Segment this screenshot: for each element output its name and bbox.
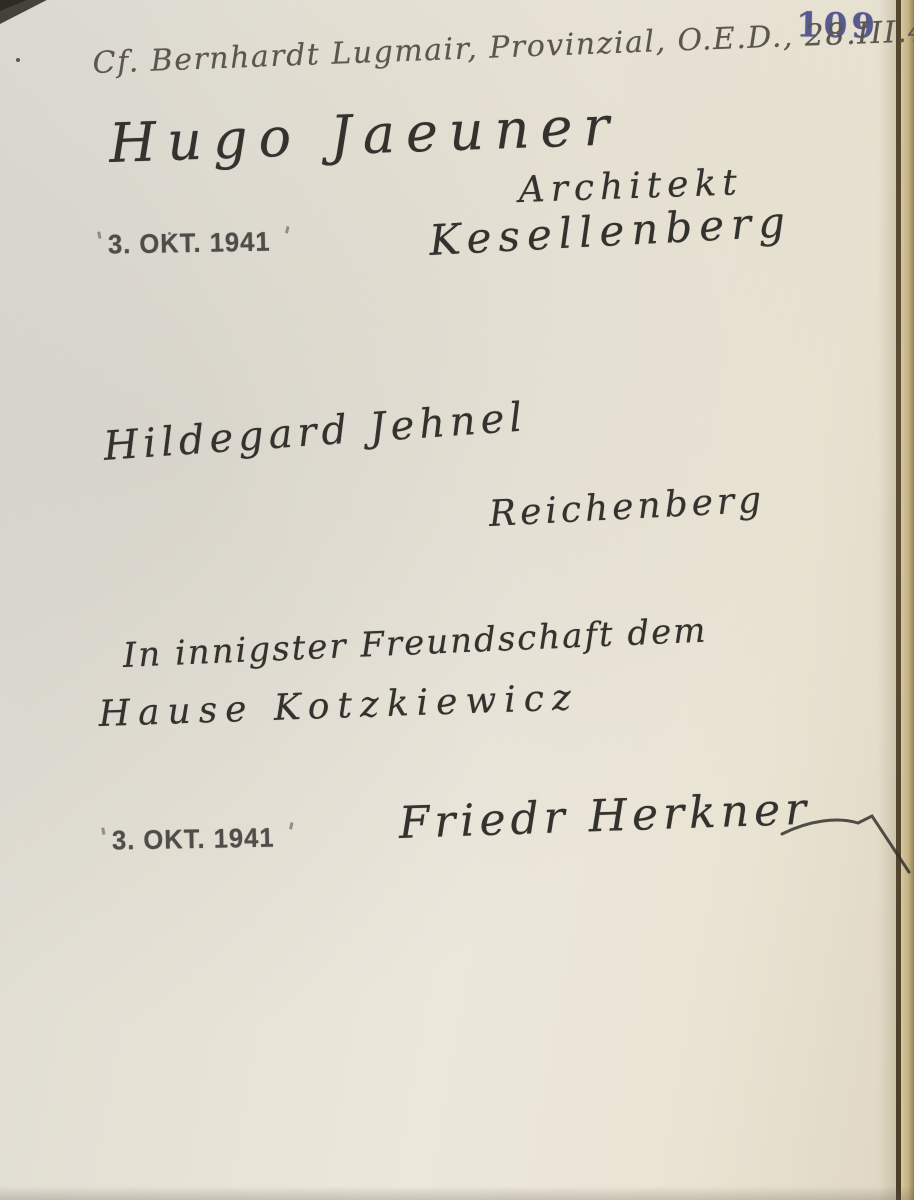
date-stamp-1: 3. OKT. 1941 [98,226,290,260]
date-stamp-2: 3. OKT. 1941 [102,822,294,856]
book-fore-edge [901,0,914,1200]
stamp-corner-mark [101,827,105,834]
date-stamp-1-text: 3. OKT. 1941 [108,227,271,261]
signature-flourish-stroke [782,808,912,886]
signature-entry2-name: Hildegard Jehnel [102,394,529,469]
pencil-inscription: Cf. Bernhardt Lugmair, Provinzial, O.E.D… [92,13,914,81]
bottom-page-shadow [0,1186,914,1200]
signature-entry1-place: Kesellenberg [428,197,793,265]
dedication-line-2: Hause Kotzkiewicz [98,677,580,735]
stamp-corner-mark [97,231,101,238]
signature-entry2-place: Reichenberg [488,480,766,535]
page-edge-shadow [878,0,896,1200]
signature-entry3-name: Friedr Herkner [398,784,812,849]
stamp-corner-mark [289,822,293,829]
signature-entry1-name: Hugo Jaeuner [108,94,621,175]
dedication-line-1: In innigster Freundschaft dem [122,610,708,675]
guestbook-page-scan: 109 Cf. Bernhardt Lugmair, Provinzial, O… [0,0,914,1200]
date-stamp-2-text: 3. OKT. 1941 [112,823,275,857]
stamp-corner-mark [285,226,289,233]
paper-speck [16,58,20,62]
